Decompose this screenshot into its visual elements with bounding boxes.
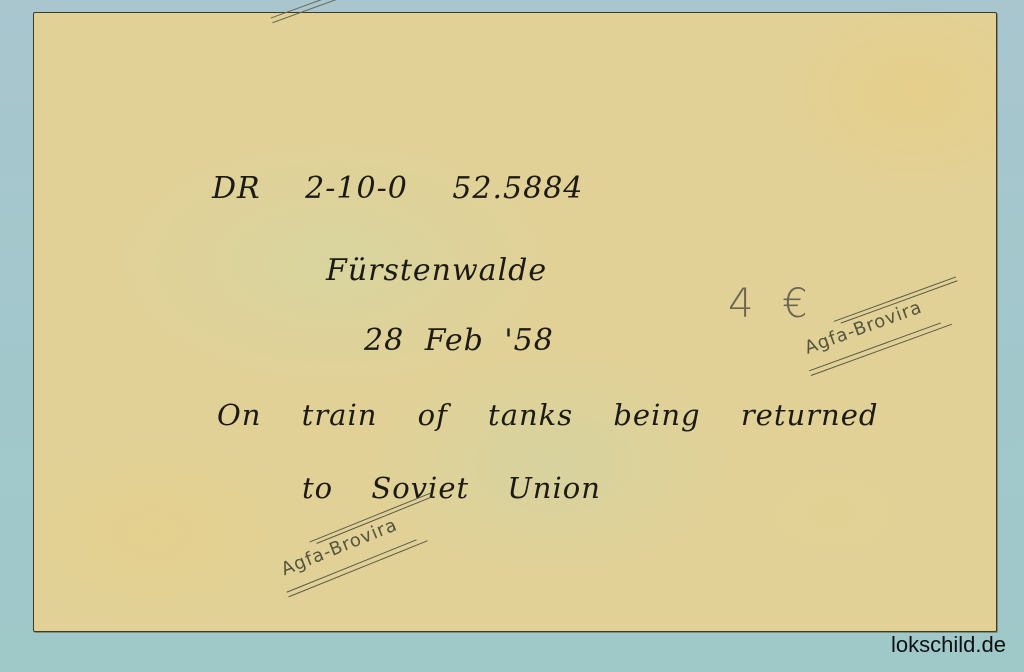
description-line-2: to Soviet Union (302, 471, 601, 505)
agfa-brovira-stamp-left: Agfa-Brovira (270, 487, 450, 606)
site-watermark: lokschild.de (891, 632, 1006, 658)
date: 28 Feb '58 (364, 323, 554, 358)
partial-stamp-top (269, 0, 340, 27)
description-line-1: On train of tanks being returned (217, 398, 878, 432)
photo-card-back: DR 2-10-0 52.5884 Fürstenwalde 28 Feb '5… (33, 12, 997, 632)
pencil-price-note: 4 € (728, 281, 816, 327)
locomotive-class-number: DR 2-10-0 52.5884 (212, 171, 583, 206)
agfa-brovira-stamp-right: Agfa-Brovira (794, 271, 974, 386)
location: Fürstenwalde (326, 253, 547, 288)
